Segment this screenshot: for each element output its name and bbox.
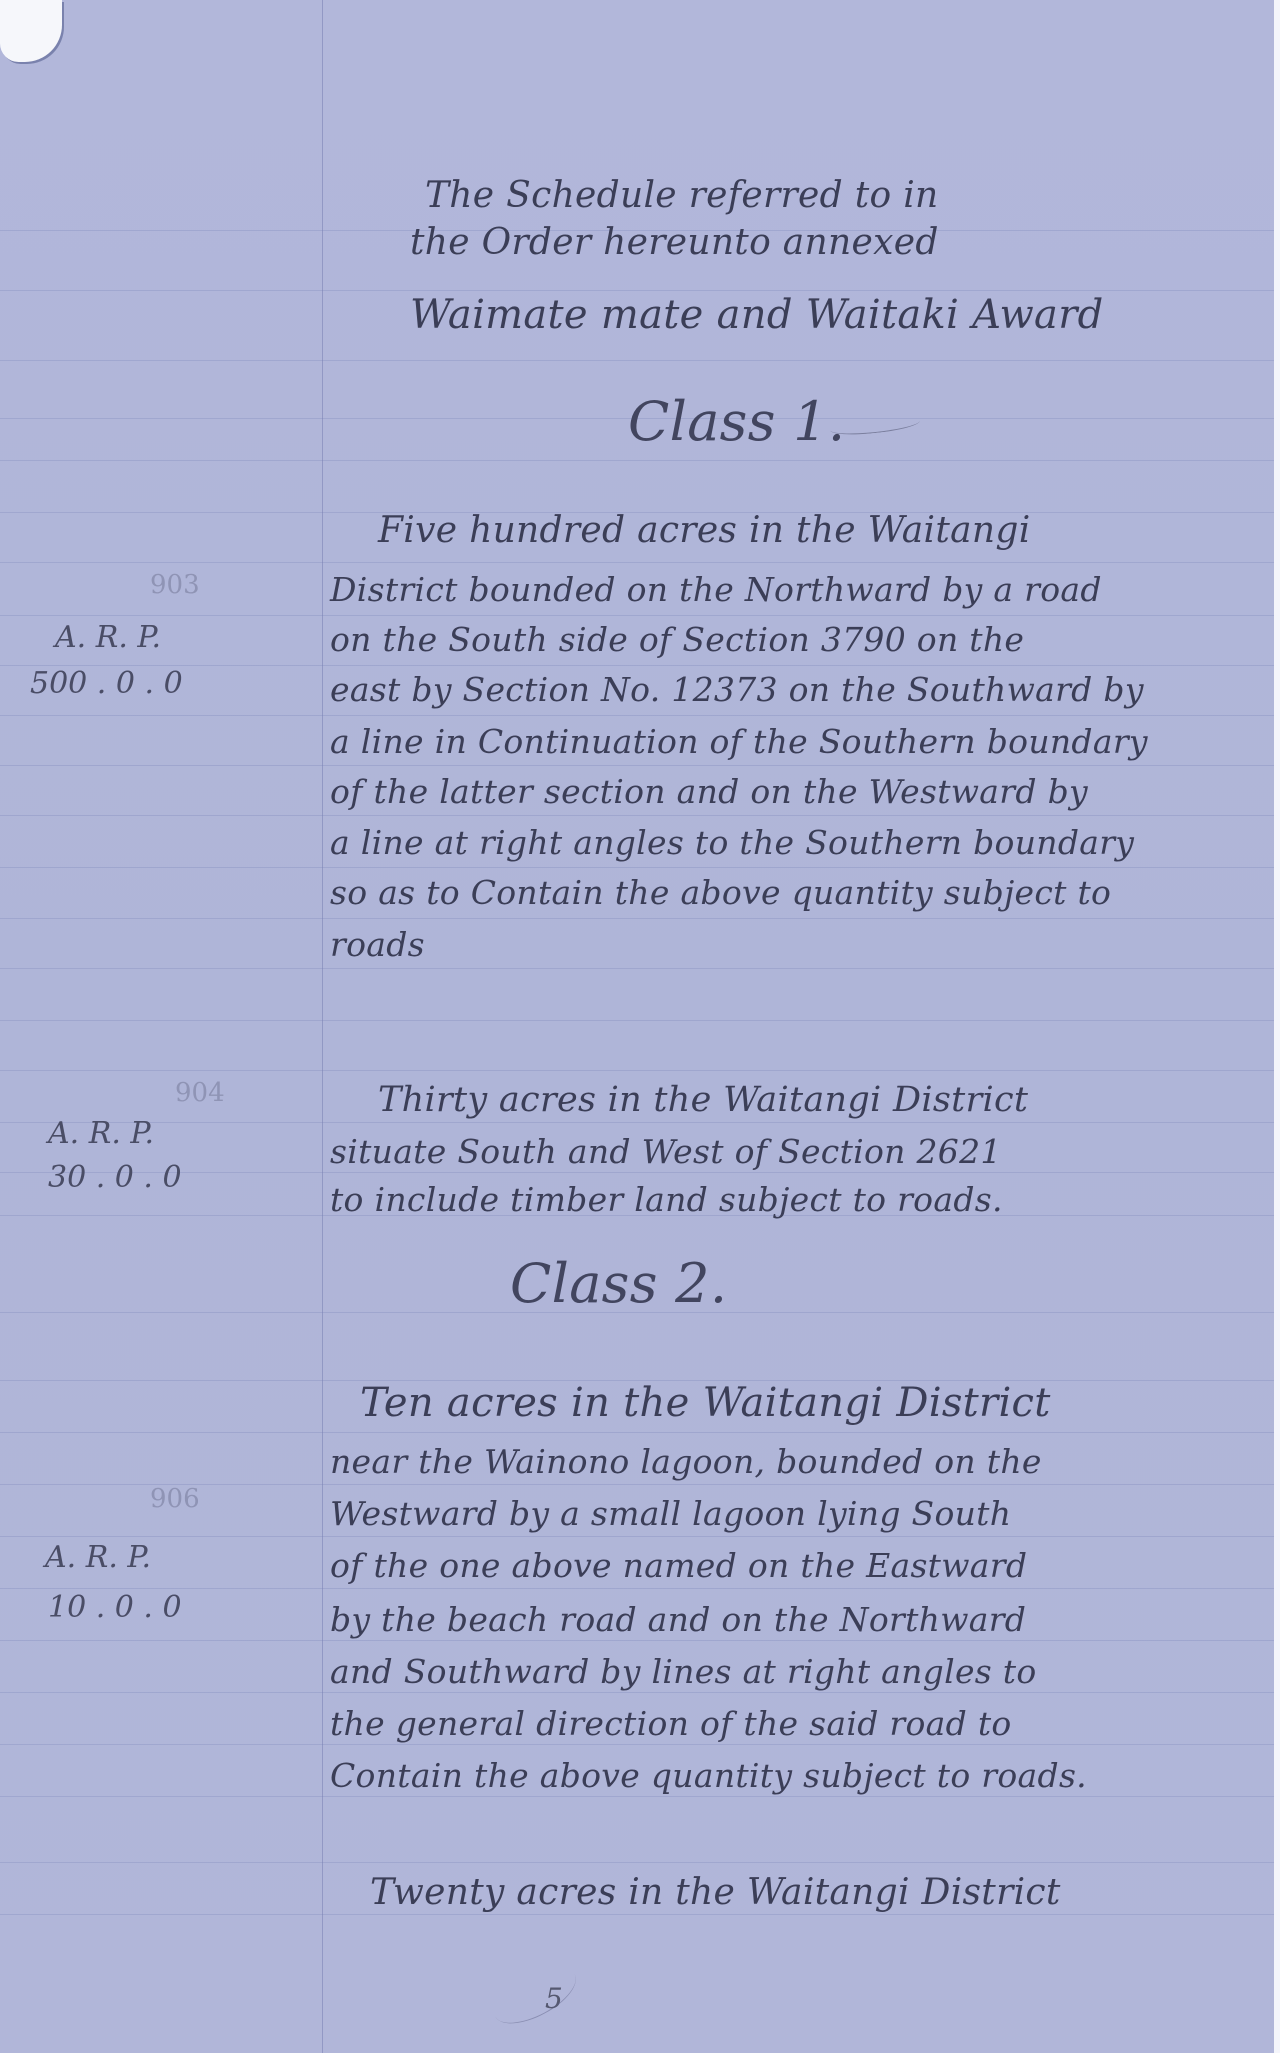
entry-text-line: so as to Contain the above quantity subj… bbox=[330, 873, 1111, 912]
ruled-line bbox=[0, 1862, 1274, 1863]
ruled-line bbox=[0, 1914, 1274, 1915]
ruled-line bbox=[0, 918, 1274, 919]
ruled-line bbox=[0, 615, 1274, 616]
ruled-line bbox=[0, 1692, 1274, 1693]
entry-text-line: Westward by a small lagoon lying South bbox=[330, 1494, 1011, 1533]
entry-text-line: Thirty acres in the Waitangi District bbox=[378, 1080, 1028, 1120]
area-values: 30 . 0 . 0 bbox=[48, 1160, 182, 1195]
torn-corner bbox=[0, 0, 62, 62]
class-2-heading: Class 2. bbox=[510, 1252, 727, 1315]
entry-text-line: District bounded on the Northward by a r… bbox=[330, 570, 1102, 609]
ruled-line bbox=[0, 562, 1274, 563]
page-number-stroke bbox=[486, 1956, 585, 2034]
entry-text-line: a line in Continuation of the Southern b… bbox=[330, 722, 1148, 761]
area-values: 500 . 0 . 0 bbox=[30, 666, 183, 701]
ruled-line bbox=[0, 360, 1274, 361]
award-title: Waimate mate and Waitaki Award bbox=[410, 292, 1104, 338]
entry-text-line: by the beach road and on the Northward bbox=[330, 1600, 1026, 1639]
ruled-line bbox=[0, 715, 1274, 716]
margin-line bbox=[322, 0, 323, 2053]
entry-text-line: to include timber land subject to roads. bbox=[330, 1180, 1003, 1219]
entry-text-line: Ten acres in the Waitangi District bbox=[360, 1380, 1051, 1426]
ruled-line bbox=[0, 1796, 1274, 1797]
ruled-line bbox=[0, 1536, 1274, 1537]
entry-text-line: Contain the above quantity subject to ro… bbox=[330, 1756, 1087, 1795]
ruled-line bbox=[0, 1432, 1274, 1433]
pencil-reference-number: 903 bbox=[150, 570, 200, 600]
ruled-line bbox=[0, 968, 1274, 969]
area-unit-labels: A. R. P. bbox=[45, 1540, 151, 1575]
schedule-title-line2: the Order hereunto annexed bbox=[410, 222, 939, 263]
pencil-reference-number: 904 bbox=[175, 1078, 225, 1108]
entry-text-line: a line at right angles to the Southern b… bbox=[330, 823, 1134, 862]
area-values: 10 . 0 . 0 bbox=[48, 1590, 182, 1625]
manuscript-page: The Schedule referred to in the Order he… bbox=[0, 0, 1274, 2053]
pencil-reference-number: 906 bbox=[150, 1484, 200, 1514]
ruled-line bbox=[0, 290, 1274, 291]
entry-text-line: Five hundred acres in the Waitangi bbox=[378, 510, 1031, 551]
entry-text-line: roads bbox=[330, 925, 425, 964]
ruled-line bbox=[0, 1744, 1274, 1745]
entry-text-line: and Southward by lines at right angles t… bbox=[330, 1652, 1037, 1691]
entry-text-line: Twenty acres in the Waitangi District bbox=[370, 1872, 1061, 1913]
ruled-line bbox=[0, 665, 1274, 666]
entry-text-line: situate South and West of Section 2621 bbox=[330, 1132, 1002, 1171]
entry-text-line: near the Wainono lagoon, bounded on the bbox=[330, 1442, 1042, 1481]
entry-text-line: on the South side of Section 3790 on the bbox=[330, 620, 1024, 659]
entry-text-line: the general direction of the said road t… bbox=[330, 1704, 1012, 1743]
ruled-line bbox=[0, 1070, 1274, 1071]
schedule-title-line1: The Schedule referred to in bbox=[425, 175, 939, 216]
entry-text-line: east by Section No. 12373 on the Southwa… bbox=[330, 670, 1144, 709]
area-unit-labels: A. R. P. bbox=[48, 1116, 154, 1151]
entry-text-line: of the one above named on the Eastward bbox=[330, 1546, 1027, 1585]
ruled-line bbox=[0, 1588, 1274, 1589]
entry-text-line: of the latter section and on the Westwar… bbox=[330, 772, 1088, 811]
ruled-line bbox=[0, 1020, 1274, 1021]
ruled-line bbox=[0, 1172, 1274, 1173]
class-1-heading: Class 1. bbox=[628, 390, 845, 453]
ruled-line bbox=[0, 765, 1274, 766]
ruled-line bbox=[0, 460, 1274, 461]
ruled-line bbox=[0, 815, 1274, 816]
area-unit-labels: A. R. P. bbox=[55, 620, 161, 655]
ruled-line bbox=[0, 867, 1274, 868]
ruled-line bbox=[0, 1122, 1274, 1123]
ruled-line bbox=[0, 1640, 1274, 1641]
